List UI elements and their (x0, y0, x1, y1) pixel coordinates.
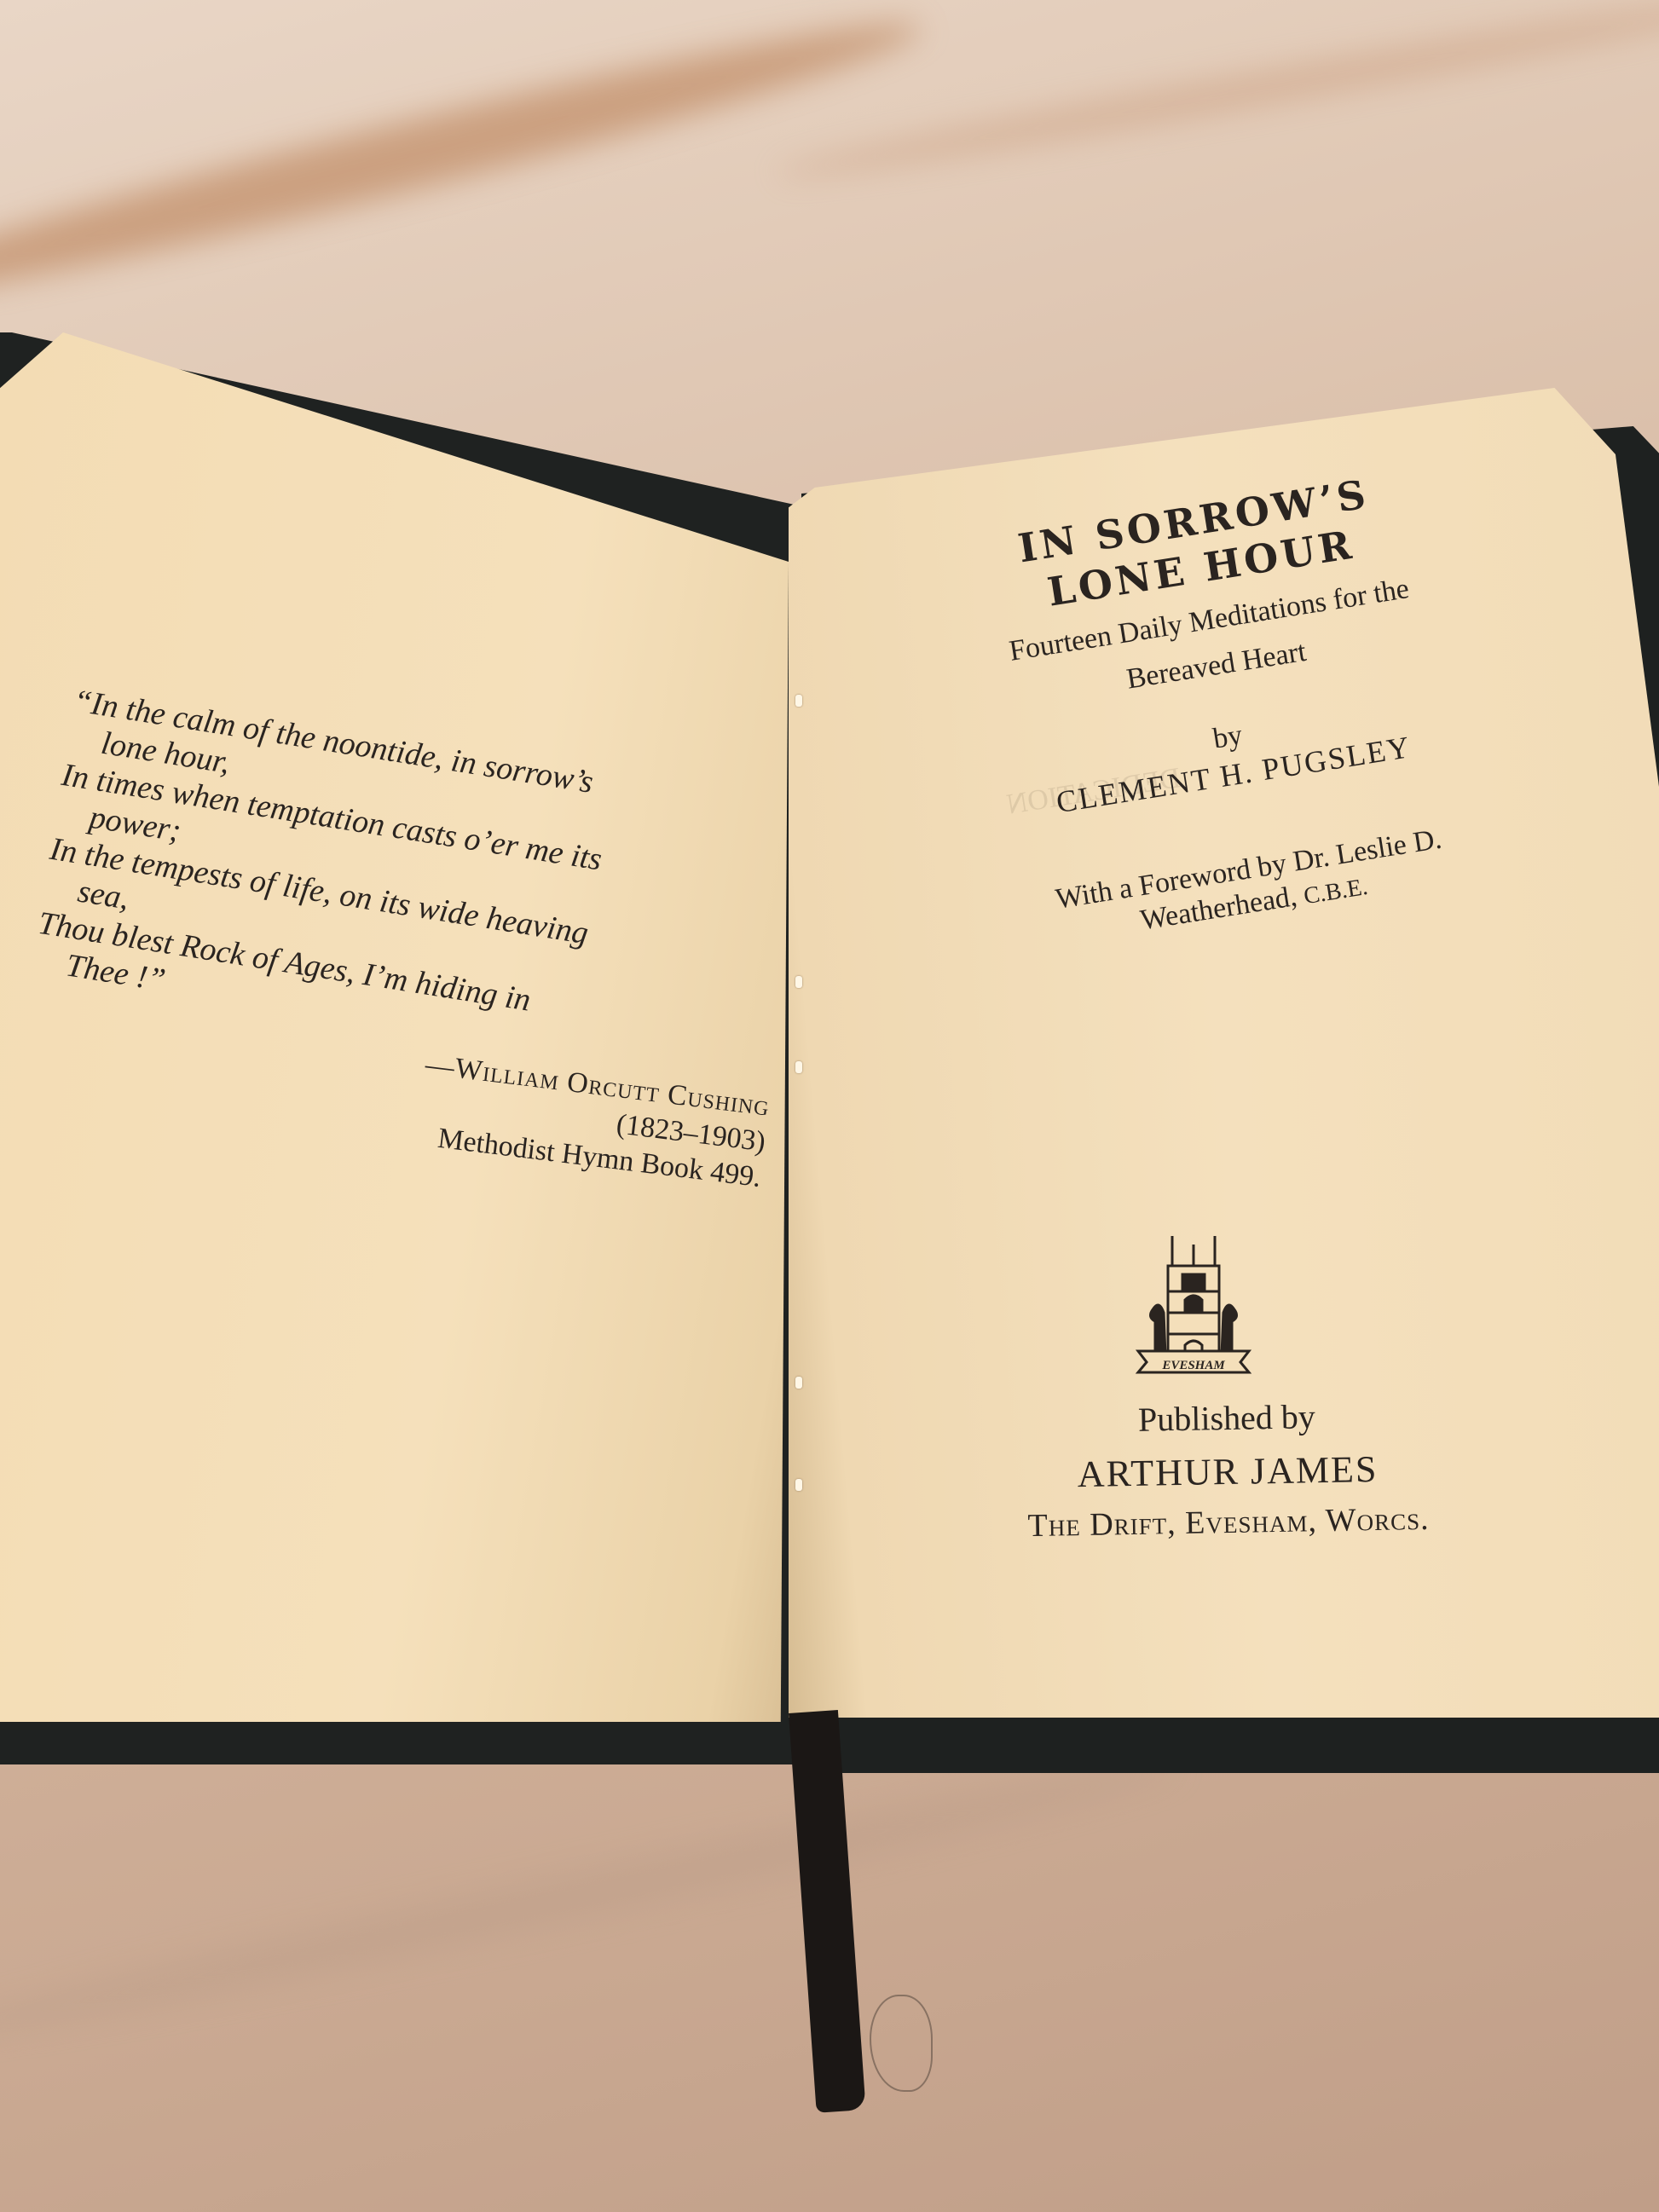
binding-stitch (795, 976, 802, 988)
publisher-name: ARTHUR JAMES (887, 1444, 1569, 1499)
ribbon-frayed-end (870, 1995, 933, 2092)
wood-grain (0, 1743, 1185, 2059)
wood-grain (0, 0, 929, 329)
binding-stitch (795, 1061, 802, 1073)
emblem-label: EVESHAM (1161, 1359, 1225, 1372)
binding-stitch (795, 1479, 802, 1491)
evesham-tower-emblem-icon: EVESHAM (1130, 1227, 1257, 1381)
publisher-block: Published by ARTHUR JAMES The Drift, Eve… (886, 1392, 1570, 1547)
binding-stitch (795, 695, 802, 707)
binding-stitch (795, 1377, 802, 1389)
foreword-honour: C.B.E. (1302, 874, 1369, 910)
